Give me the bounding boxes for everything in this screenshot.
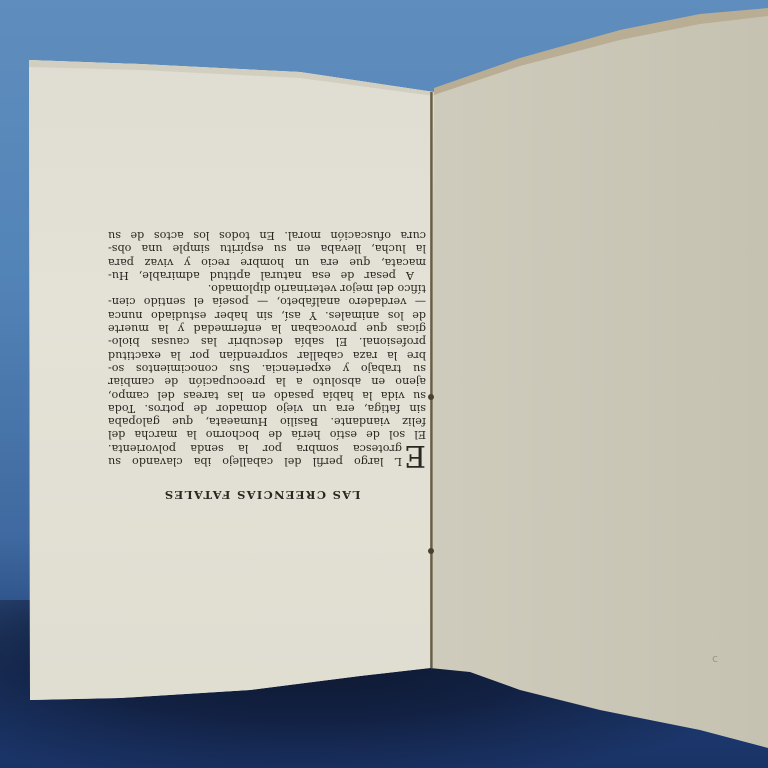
text-line: profesional. El sabía descubrir las caus…	[108, 335, 426, 348]
text-line: — verdadero analfabeto, — poseía el sent…	[108, 295, 426, 308]
text-line: bre la raza caballar sorprendían por la …	[108, 348, 426, 361]
drop-cap: E	[404, 441, 426, 469]
text-line: A pesar de esa natural aptitud admirable…	[108, 269, 426, 282]
text-line: su vida la había pasado en las tareas de…	[108, 388, 426, 401]
text-line: L largo perfil del caballejo iba clavand…	[108, 455, 402, 468]
text-line: la lucha, llevaba en su espíritu simple …	[108, 242, 426, 255]
text-line: gicas que provocaban la enfermedad y la …	[108, 322, 426, 335]
text-line: de los animales. Y así, sin haber estudi…	[108, 308, 426, 321]
book-gutter	[430, 92, 433, 668]
binding-stitch-icon	[428, 548, 434, 554]
text-line: feliz viandante. Basilio Humaeata, que g…	[108, 415, 426, 428]
chapter-title: LAS CREENCIAS FATALES	[108, 488, 426, 502]
text-line: El sol de estío hería de bochorno la mar…	[108, 428, 426, 441]
binding-stitch-icon	[428, 394, 434, 400]
text-line: grotesca sombra por la senda polvorienta…	[108, 441, 402, 454]
text-line: ajeno en absoluto a la preocupación de c…	[108, 375, 426, 388]
text-line: cura ofuscación moral. En todos los acto…	[108, 229, 426, 242]
body-text: E L largo perfil del caballejo iba clava…	[108, 229, 426, 468]
text-line: macata, que era un hombre recio y vivaz …	[108, 255, 426, 268]
first-lines: E L largo perfil del caballejo iba clava…	[108, 441, 426, 468]
pencil-mark: c	[712, 652, 718, 665]
text-line: tífico del mejor veterinario diplomado.	[108, 282, 426, 295]
text-line: sin fatiga, era un viejo domador de potr…	[108, 402, 426, 415]
upside-down-text-block: LAS CREENCIAS FATALES E L largo perfil d…	[108, 152, 426, 502]
text-line: su trabajo y experiencia. Sus conocimien…	[108, 362, 426, 375]
